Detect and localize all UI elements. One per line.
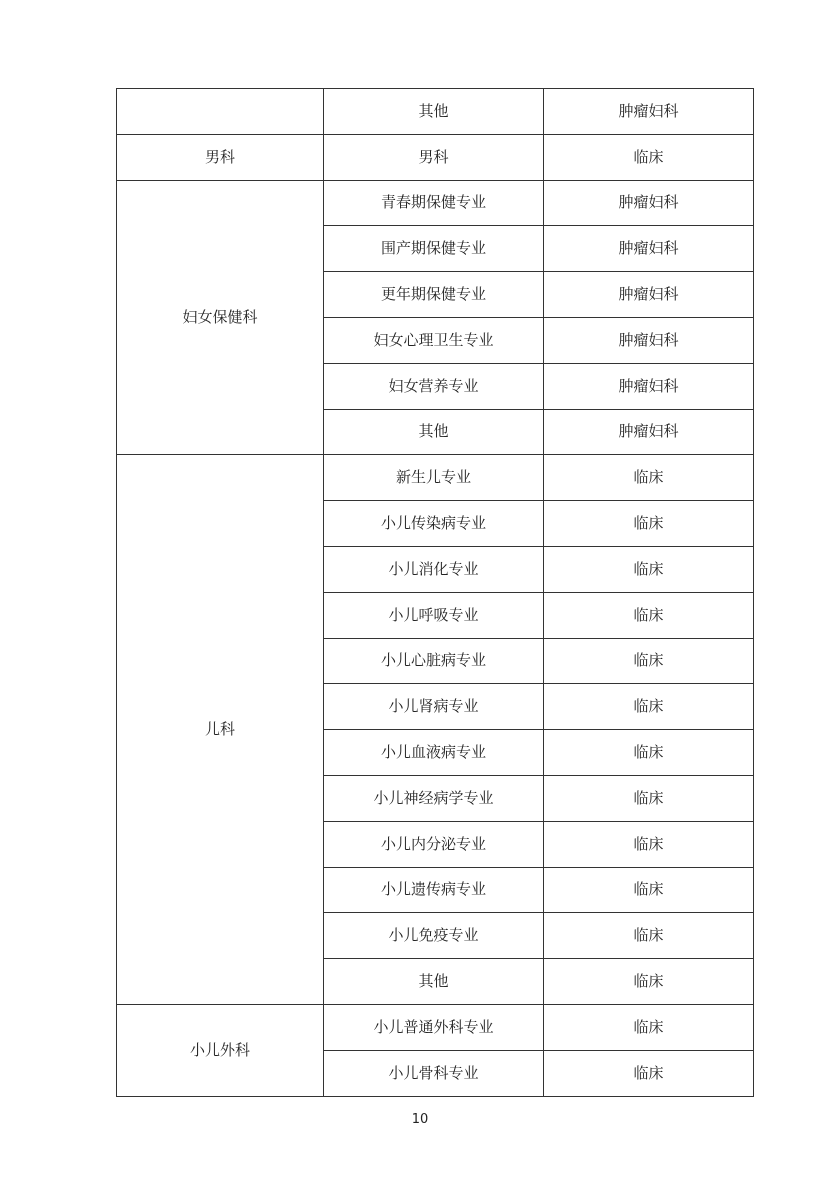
specialty-cell: 小儿肾病专业 xyxy=(324,684,544,730)
category-cell: 临床 xyxy=(544,134,754,180)
specialty-cell: 其他 xyxy=(324,89,544,135)
department-cell: 小儿外科 xyxy=(117,1004,324,1096)
category-cell: 临床 xyxy=(544,546,754,592)
category-cell: 临床 xyxy=(544,501,754,547)
specialty-cell: 小儿心脏病专业 xyxy=(324,638,544,684)
page-number: 10 xyxy=(0,1112,840,1127)
specialty-cell: 小儿消化专业 xyxy=(324,546,544,592)
category-cell: 临床 xyxy=(544,913,754,959)
specialty-cell: 妇女营养专业 xyxy=(324,363,544,409)
category-cell: 临床 xyxy=(544,867,754,913)
specialty-cell: 小儿遗传病专业 xyxy=(324,867,544,913)
specialty-cell: 小儿内分泌专业 xyxy=(324,821,544,867)
category-cell: 肿瘤妇科 xyxy=(544,272,754,318)
category-cell: 临床 xyxy=(544,684,754,730)
category-cell: 临床 xyxy=(544,775,754,821)
specialty-cell: 小儿传染病专业 xyxy=(324,501,544,547)
table-row: 其他 肿瘤妇科 xyxy=(117,89,754,135)
specialty-cell: 新生儿专业 xyxy=(324,455,544,501)
table-row: 妇女保健科 青春期保健专业 肿瘤妇科 xyxy=(117,180,754,226)
specialty-cell: 围产期保健专业 xyxy=(324,226,544,272)
specialty-cell: 其他 xyxy=(324,959,544,1005)
specialty-cell: 妇女心理卫生专业 xyxy=(324,317,544,363)
category-cell: 肿瘤妇科 xyxy=(544,363,754,409)
category-cell: 临床 xyxy=(544,1050,754,1096)
department-cell: 儿科 xyxy=(117,455,324,1005)
specialty-cell: 小儿骨科专业 xyxy=(324,1050,544,1096)
department-specialty-table: 其他 肿瘤妇科 男科 男科 临床 妇女保健科 青春期保健专业 肿瘤妇科 围产期保… xyxy=(116,88,754,1097)
category-cell: 临床 xyxy=(544,1004,754,1050)
specialty-cell: 男科 xyxy=(324,134,544,180)
table-row: 小儿外科 小儿普通外科专业 临床 xyxy=(117,1004,754,1050)
department-cell: 妇女保健科 xyxy=(117,180,324,455)
category-cell: 临床 xyxy=(544,592,754,638)
category-cell: 肿瘤妇科 xyxy=(544,409,754,455)
specialty-cell: 小儿血液病专业 xyxy=(324,730,544,776)
specialty-cell: 小儿免疫专业 xyxy=(324,913,544,959)
category-cell: 临床 xyxy=(544,455,754,501)
specialty-cell: 小儿神经病学专业 xyxy=(324,775,544,821)
category-cell: 临床 xyxy=(544,638,754,684)
category-cell: 肿瘤妇科 xyxy=(544,89,754,135)
category-cell: 临床 xyxy=(544,959,754,1005)
category-cell: 临床 xyxy=(544,730,754,776)
specialty-cell: 小儿普通外科专业 xyxy=(324,1004,544,1050)
department-cell xyxy=(117,89,324,135)
specialty-cell: 其他 xyxy=(324,409,544,455)
category-cell: 临床 xyxy=(544,821,754,867)
table-row: 男科 男科 临床 xyxy=(117,134,754,180)
specialty-cell: 更年期保健专业 xyxy=(324,272,544,318)
category-cell: 肿瘤妇科 xyxy=(544,180,754,226)
specialty-cell: 青春期保健专业 xyxy=(324,180,544,226)
table-row: 儿科 新生儿专业 临床 xyxy=(117,455,754,501)
department-cell: 男科 xyxy=(117,134,324,180)
specialty-cell: 小儿呼吸专业 xyxy=(324,592,544,638)
category-cell: 肿瘤妇科 xyxy=(544,226,754,272)
category-cell: 肿瘤妇科 xyxy=(544,317,754,363)
